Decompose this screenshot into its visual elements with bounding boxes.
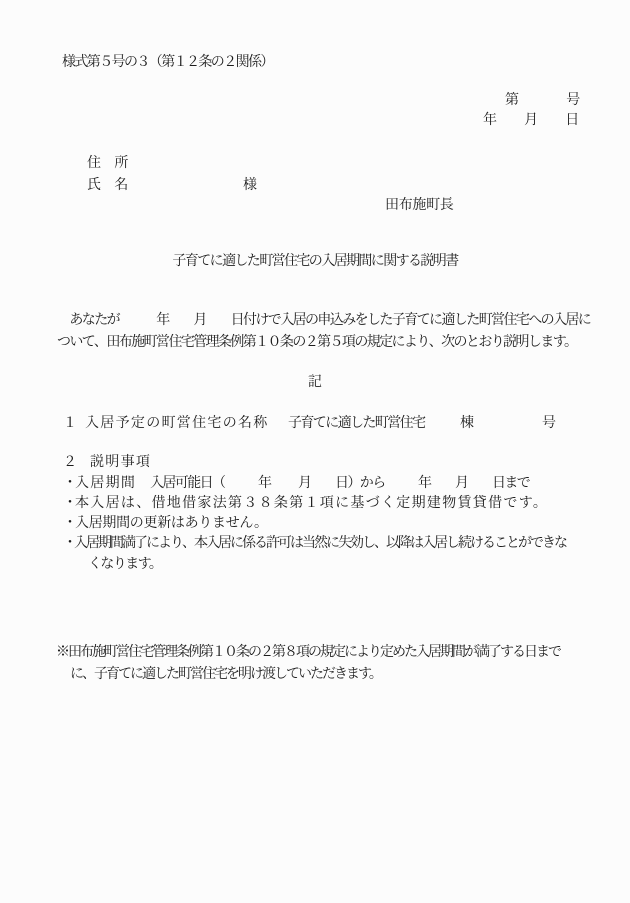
honorific-label: 様: [243, 177, 257, 193]
item2-heading: ２ 説明事項: [0, 454, 630, 470]
document-page: 様式第５号の３（第１２条の２関係） 第 号 年 月 日 住 所 氏 名 様 田布…: [0, 0, 630, 903]
note-line-2: に、子育てに適した町営住宅を明け渡していただきます。: [70, 666, 381, 682]
period-month2-label: 月: [455, 475, 469, 491]
item1-value: 子育てに適した町営住宅: [288, 415, 424, 431]
bullet-expiry-line-1: ・ 入居期間満了により、本入居に係る許可は当然に失効し、以降は入居し続けることが…: [0, 535, 630, 551]
item1-line: １ 入居予定の町営住宅の名称 子育てに適した町営住宅 棟 号: [0, 415, 630, 431]
bullet-no-renewal-line: ・ 入居期間の更新はありません。: [0, 515, 630, 531]
name-line: 氏 名 様: [0, 177, 630, 193]
period-month1-label: 月: [298, 475, 312, 491]
ki-marker: 記: [0, 374, 630, 390]
expiry-text-1: 入居期間満了により、本入居に係る許可は当然に失効し、以降は入居し続けることができ…: [74, 535, 566, 551]
form-number-line: 様式第５号の３（第１２条の２関係）: [62, 54, 273, 70]
period-day1-from: 日）から: [335, 475, 385, 491]
period-year1-label: 年: [258, 475, 272, 491]
date-line: 年 月 日: [483, 112, 579, 128]
bullet-lease-line: ・ 本入居は、借地借家法第３８条第１項に基づく定期建物賃貸借です。: [0, 495, 630, 511]
sender-line: 田布施町長: [385, 197, 454, 213]
period-year2-label: 年: [418, 475, 432, 491]
period-label: 入居期間: [75, 475, 136, 491]
period-day2-until: 日まで: [492, 475, 529, 491]
item1-label: 入居予定の町営住宅の名称: [85, 415, 269, 431]
bullet-period-line: ・ 入居期間 入居可能日（ 年 月 日）から 年 月 日まで: [0, 475, 630, 491]
note-line-1: ※田布施町営住宅管理条例第１０条の２第８項の規定により定めた入居期間が満了する日…: [56, 644, 560, 660]
lease-text: 本入居は、借地借家法第３８条第１項に基づく定期建物賃貸借です。: [75, 495, 548, 511]
no-renewal-text: 入居期間の更新はありません。: [75, 515, 268, 531]
period-open-paren: 入居可能日（: [150, 475, 224, 491]
item1-room-unit: 号: [542, 415, 556, 431]
item2-label: 説明事項: [90, 454, 151, 470]
item1-number: １: [63, 415, 77, 431]
intro-line-1: あなたが 年 月 日付けで入居の申込みをした子育てに適した町営住宅への入居に: [57, 312, 590, 328]
item1-building-unit: 棟: [460, 415, 474, 431]
doc-title: 子育てに適した町営住宅の入居期間に関する説明書: [0, 253, 630, 269]
intro-line-2: ついて、田布施町営住宅管理条例第１０条の２第５項の規定により、次のとおり説明しま…: [57, 334, 576, 350]
address-label: 住 所: [87, 155, 128, 171]
doc-number-line: 第 号: [505, 92, 582, 108]
bullet-expiry-line-2: くなります。: [88, 556, 161, 572]
item2-number: ２: [63, 454, 77, 470]
name-label: 氏 名: [87, 177, 128, 193]
